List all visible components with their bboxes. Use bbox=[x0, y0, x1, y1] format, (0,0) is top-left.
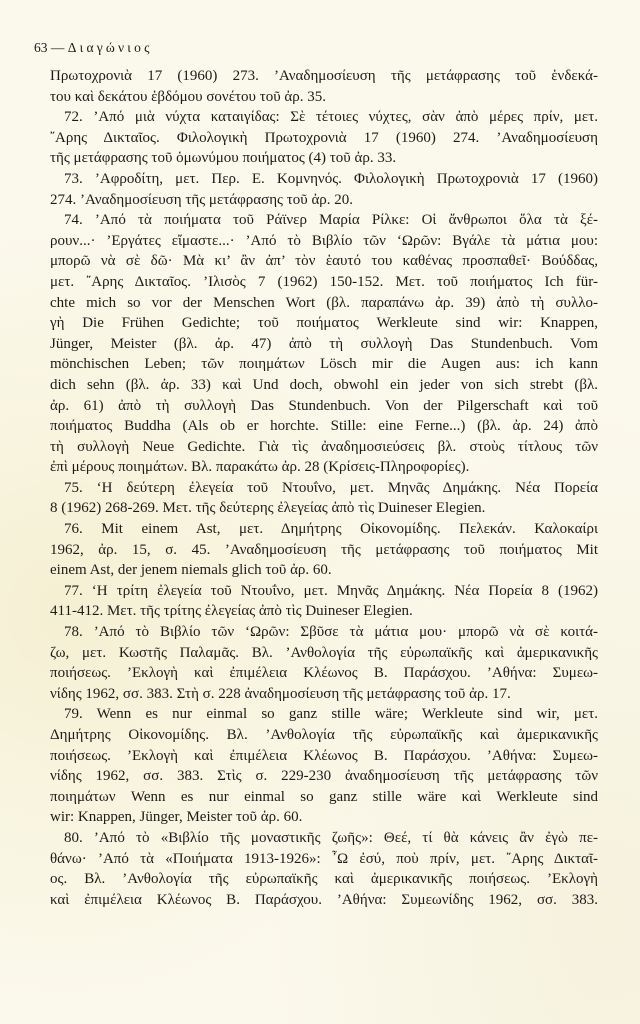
text-line: τῆς μετάφρασης τοῦ ὁμωνύμου ποιήματος (4… bbox=[50, 148, 598, 169]
header-dash: — bbox=[51, 40, 65, 55]
text-line: νίδης 1962, σσ. 383. Στὶς σ. 229-230 ἀνα… bbox=[50, 766, 598, 787]
text-line: Πρωτοχρονιὰ 17 (1960) 273. ’Αναδημοσίευσ… bbox=[50, 66, 598, 87]
text-line: mönchischen Leben; τῶν ποιημάτων Lösch m… bbox=[50, 354, 598, 375]
text-line: 8 (1962) 268-269. Μετ. τῆς δεύτερης ἐλεγ… bbox=[50, 498, 598, 519]
entry-first-line: 77. ‘Η τρίτη ἐλεγεία τοῦ Ντουΐνο, μετ. Μ… bbox=[50, 581, 598, 602]
text-line: του καὶ δεκάτου ἑβδόμου σονέτου τοῦ ἀρ. … bbox=[50, 87, 598, 108]
text-line: ρουν...· ’Εργάτες εἴμαστε...· ’Από τὸ Βι… bbox=[50, 231, 598, 252]
text-line: ποιήσεως. ’Εκλογὴ καὶ ἐπιμέλεια Κλέωνος … bbox=[50, 663, 598, 684]
text-line: chte mich so vor der Menschen Wort (βλ. … bbox=[50, 293, 598, 314]
text-line: 411-412. Μετ. τῆς τρίτης ἐλεγείας ἀπὸ τὶ… bbox=[50, 601, 598, 622]
text-line: ἀρ. 61) ἀπὸ τὴ συλλογὴ Das Stundenbuch. … bbox=[50, 396, 598, 417]
text-line: einem Ast, der jenem niemals glich τοῦ ἀ… bbox=[50, 560, 598, 581]
text-line: dich sehn (βλ. ἀρ. 33) καὶ Und doch, obw… bbox=[50, 375, 598, 396]
document-page: 63 — Διαγώνιος Πρωτοχρονιὰ 17 (1960) 273… bbox=[0, 0, 640, 1024]
text-line: γὴ Die Frühen Gedichte; τοῦ ποιήματος We… bbox=[50, 313, 598, 334]
text-line: 1962, ἀρ. 15, σ. 45. ’Αναδημοσίευση τῆς … bbox=[50, 540, 598, 561]
entry-first-line: 74. ’Από τὰ ποιήματα τοῦ Ράϊνερ Μαρία Ρί… bbox=[50, 210, 598, 231]
entry-first-line: 72. ’Από μιὰ νύχτα καταιγίδας: Σὲ τέτοιε… bbox=[50, 107, 598, 128]
text-line: ποιήσεως. ’Εκλογὴ καὶ ἐπιμέλεια Κλέωνος … bbox=[50, 746, 598, 767]
text-line: 274. ’Αναδημοσίευση τῆς μετάφρασης τοῦ ἀ… bbox=[50, 190, 598, 211]
text-line: ποιημάτων Wenn es nur einmal so ganz sti… bbox=[50, 787, 598, 808]
text-line: νίδης 1962, σσ. 383. Στὴ σ. 228 ἀναδημοσ… bbox=[50, 684, 598, 705]
journal-title: Διαγώνιος bbox=[68, 40, 153, 55]
entry-first-line: 73. ’Αφροδίτη, μετ. Περ. Ε. Κομνηνός. Φι… bbox=[50, 169, 598, 190]
entry-first-line: 79. Wenn es nur einmal so ganz stille wä… bbox=[50, 704, 598, 725]
text-line: καὶ ἐπιμέλεια Κλέωνος Β. Παράσχου. ’Αθήν… bbox=[50, 890, 598, 911]
entry-first-line: 75. ‘Η δεύτερη ἐλεγεία τοῦ Ντουΐνο, μετ.… bbox=[50, 478, 598, 499]
text-line: ποιήματος Buddha (Als ob er horchte. Sti… bbox=[50, 416, 598, 437]
text-line: Δημήτρης Οἰκονομίδης. Βλ. ’Ανθολογία τῆς… bbox=[50, 725, 598, 746]
text-line: τὴ συλλογὴ Neue Gedichte. Γιὰ τὶς ἀναδημ… bbox=[50, 437, 598, 458]
page-number: 63 bbox=[34, 40, 48, 55]
text-line: ῎Αρης Δικταῖος. Φιλολογικὴ Πρωτοχρονιὰ 1… bbox=[50, 128, 598, 149]
text-line: ζω, μετ. Κωστῆς Παλαμᾶς. Βλ. ’Ανθολογία … bbox=[50, 643, 598, 664]
bibliography-text: Πρωτοχρονιὰ 17 (1960) 273. ’Αναδημοσίευσ… bbox=[50, 66, 598, 910]
entry-first-line: 76. Mit einem Ast, μετ. Δημήτρης Οἰκονομ… bbox=[50, 519, 598, 540]
entry-first-line: 78. ’Από τὸ Βιβλίο τῶν ‘Ωρῶν: Σβῦσε τὰ μ… bbox=[50, 622, 598, 643]
text-line: θάνω· ’Από τὰ «Ποιήματα 1913-1926»: ῏Ω ἐ… bbox=[50, 849, 598, 870]
text-line: ἐπὶ μέρους ποιημάτων. Βλ. παρακάτω ἀρ. 2… bbox=[50, 457, 598, 478]
text-line: μετ. ῎Αρης Δικταῖος. ’Ιλισὸς 7 (1962) 15… bbox=[50, 272, 598, 293]
running-head: 63 — Διαγώνιος bbox=[34, 40, 153, 56]
entry-first-line: 80. ’Από τὸ «Βιβλίο τῆς μοναστικῆς ζωῆς»… bbox=[50, 828, 598, 849]
text-line: wir: Knappen, Jünger, Meister τοῦ ἀρ. 60… bbox=[50, 807, 598, 828]
text-line: μπορῶ νὰ σὲ δῶ· Μὰ κι’ ἂν ἀπ’ τὸν ἑαυτό … bbox=[50, 251, 598, 272]
text-line: Jünger, Meister (βλ. ἀρ. 47) ἀπὸ τὴ συλλ… bbox=[50, 334, 598, 355]
text-line: ος. Βλ. ’Ανθολογία τῆς εὐρωπαϊκῆς καὶ ἀμ… bbox=[50, 869, 598, 890]
